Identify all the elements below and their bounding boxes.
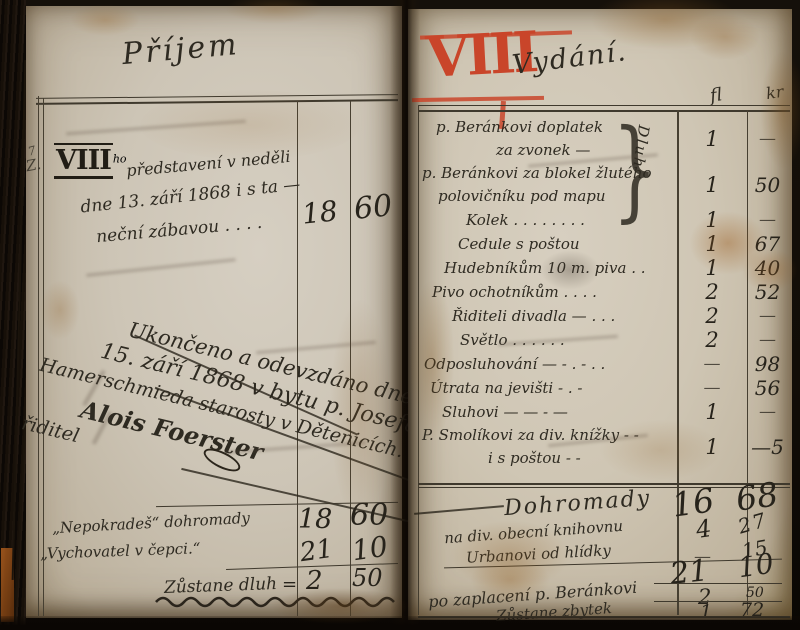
right-page: VIII Vydání. fl kr p. Beránkovi doplatek… xyxy=(408,9,792,620)
expense-description: Řiditeli divadla — . . . xyxy=(422,305,677,328)
summary-row3-fl: 2 xyxy=(306,566,323,596)
expense-kr-value: —5 xyxy=(747,435,788,459)
expense-row: p. Beránkovi doplatekza zvonek —1— xyxy=(422,116,788,162)
expense-row: Hudebníkům 10 m. piva . .140 xyxy=(422,256,788,280)
table-top-rule xyxy=(36,99,398,105)
entry-numeral-suffix: ho xyxy=(113,153,127,166)
expense-kr-value: 40 xyxy=(747,256,788,280)
expense-fl-value: 1 xyxy=(677,232,747,256)
expense-description: Sluhovi — — - — xyxy=(422,401,677,424)
expense-description: Útrata na jevišti - . - xyxy=(422,377,677,400)
expense-kr-value: — xyxy=(747,330,788,350)
summary-grand-kr: 10 xyxy=(736,547,776,585)
summary-row1-fl: 18 xyxy=(298,504,332,535)
expense-rows: p. Beránkovi doplatekza zvonek —1—p. Ber… xyxy=(422,116,788,470)
expense-kr-value: — xyxy=(747,210,788,230)
expense-row: Světlo . . . . . .2— xyxy=(422,328,788,352)
expense-kr-value: — xyxy=(747,129,788,149)
table-top-rule xyxy=(418,110,790,112)
expense-description: P. Smolíkovi za div. knížky - -i s pošto… xyxy=(422,424,677,470)
expense-description-line: Odposluhování — - . - . . xyxy=(424,353,677,376)
bottom-edge-shadow xyxy=(0,616,800,630)
expense-description: Hudebníkům 10 m. piva . . xyxy=(422,257,677,280)
margin-mark: Z. xyxy=(25,155,43,175)
ledger-photo: Příjem 7 Z. VIIIho představení v neděli … xyxy=(0,0,800,630)
expense-row: Cedule s poštou167 xyxy=(422,232,788,256)
expense-fl-value: 1 xyxy=(677,208,747,232)
entry-fl-value: 18 xyxy=(300,194,339,231)
red-underline xyxy=(412,96,544,102)
expense-kr-value: 50 xyxy=(747,173,788,197)
expense-description-line: Světlo . . . . . . xyxy=(460,329,677,352)
expense-fl-value: 1 xyxy=(677,435,747,459)
entry-line3: neční zábavou . . . . xyxy=(95,213,263,247)
expense-fl-value: — xyxy=(677,378,747,398)
entry-line1: představení v neděli xyxy=(125,147,291,180)
summary-row2-label: „Vychovatel v čepci.“ xyxy=(40,539,201,563)
expense-kr-value: — xyxy=(747,306,788,326)
expense-description-line: Cedule s poštou xyxy=(458,233,677,256)
expense-kr-value: — xyxy=(747,402,788,422)
expense-fl-value: — xyxy=(677,354,747,374)
expense-kr-value: 52 xyxy=(747,280,788,304)
expense-row: Pivo ochotníkům . . . .252 xyxy=(422,280,788,304)
book-gutter-shadow xyxy=(390,0,420,630)
expense-description: Odposluhování — - . - . . xyxy=(422,353,677,376)
summary-row2-fl: 21 xyxy=(298,534,335,568)
table-top-rule xyxy=(36,94,398,99)
expense-description: Světlo . . . . . . xyxy=(422,329,677,352)
entry-numeral: VIIIho xyxy=(54,148,127,174)
expense-description-line: Hudebníkům 10 m. piva . . xyxy=(444,257,677,280)
expense-row: Útrata na jevišti - . -—56 xyxy=(422,376,788,400)
left-page: Příjem 7 Z. VIIIho představení v neděli … xyxy=(26,6,402,618)
expense-fl-value: 2 xyxy=(677,304,747,328)
summary-rule xyxy=(654,583,782,584)
expense-fl-value: 1 xyxy=(677,173,747,197)
expense-description: Pivo ochotníkům . . . . xyxy=(422,281,677,304)
summary-row1-label: „Nepokradeš“ dohromady xyxy=(52,509,251,537)
expense-description-line: Sluhovi — — - — xyxy=(442,401,677,424)
expense-row: Řiditeli divadla — . . .2— xyxy=(422,304,788,328)
expense-fl-value: 2 xyxy=(677,280,747,304)
column-header-kr: kr xyxy=(765,82,785,103)
wavy-underline xyxy=(154,594,406,608)
expense-description-line: Pivo ochotníkům . . . . xyxy=(432,281,677,304)
entry-kr-value: 60 xyxy=(352,188,394,227)
summary-row2-kr: 10 xyxy=(350,530,390,568)
table-top-rule xyxy=(418,105,790,106)
expense-kr-value: 67 xyxy=(747,232,788,256)
expense-description-line: Útrata na jevišti - . - xyxy=(430,377,677,400)
expense-row: Kolek . . . . . . . .1— xyxy=(422,208,788,232)
expense-kr-value: 98 xyxy=(747,352,788,376)
expense-fl-value: 1 xyxy=(677,256,747,280)
summary-row3-equals: = xyxy=(282,574,297,595)
summary-total-label: Dohromady xyxy=(503,486,652,521)
expense-row: Sluhovi — — - —1— xyxy=(422,400,788,424)
left-page-title: Příjem xyxy=(121,27,241,72)
entry-line2: dne 13. září 1868 i s ta — xyxy=(80,175,302,218)
expense-row: P. Smolíkovi za div. knížky - -i s pošto… xyxy=(422,424,788,470)
expense-description-line: i s poštou - - xyxy=(488,447,677,470)
expense-description-line: Řiditeli divadla — . . . xyxy=(452,305,677,328)
expense-kr-value: 56 xyxy=(747,376,788,400)
expense-fl-value: 1 xyxy=(677,127,747,151)
expense-row: Odposluhování — - . - . .—98 xyxy=(422,352,788,376)
summary-row3-kr: 50 xyxy=(352,564,383,592)
expense-row: p. Beránkovi za blokel žlutéhopolovičník… xyxy=(422,162,788,208)
expense-fl-value: 2 xyxy=(677,328,747,352)
flourish-stroke xyxy=(414,505,504,515)
summary-row1-kr: 60 xyxy=(350,498,388,533)
column-header-fl: fl xyxy=(709,84,724,106)
expense-description: Cedule s poštou xyxy=(422,233,677,256)
expense-description-line: P. Smolíkovi za div. knížky - - xyxy=(422,424,677,447)
expense-fl-value: 1 xyxy=(677,400,747,424)
